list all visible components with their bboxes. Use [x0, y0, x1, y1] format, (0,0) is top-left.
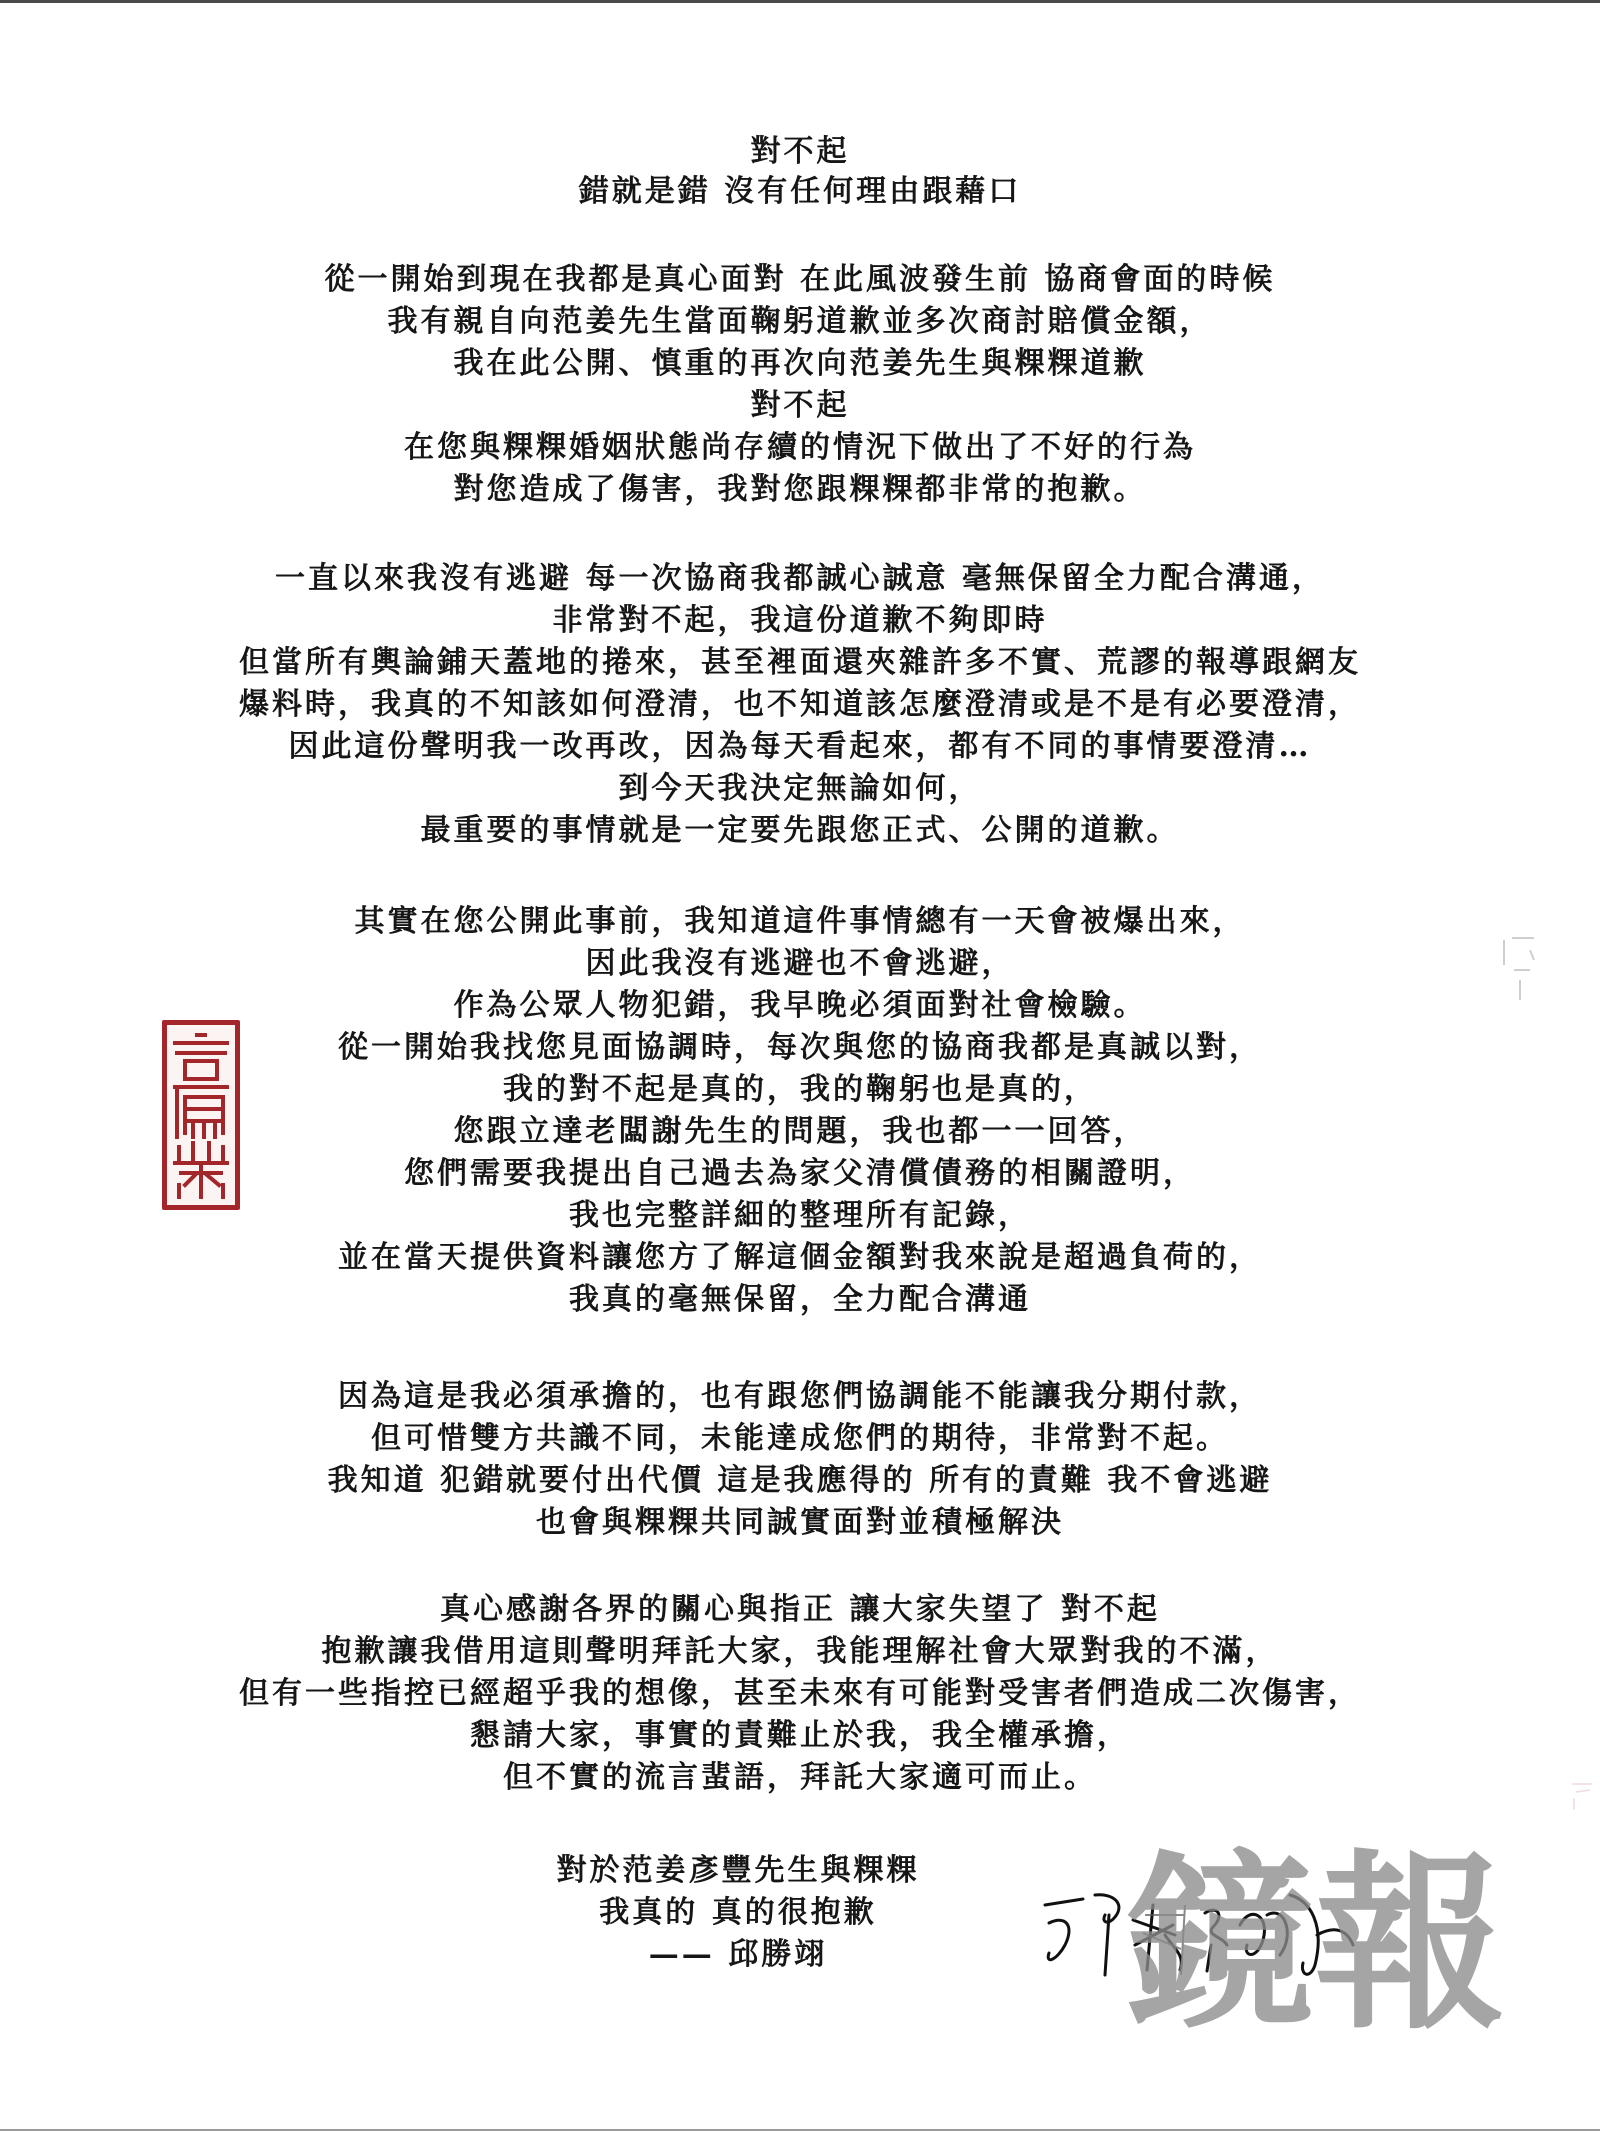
paragraph-1-line-2: 我有親自向范姜先生當面鞠躬道歉並多次商討賠償金額， — [0, 302, 1600, 342]
title-line-2: 錯就是錯 沒有任何理由跟藉口 — [0, 172, 1600, 212]
faint-pink-mark-icon — [1570, 1780, 1600, 1812]
paragraph-5-line-1: 真心感謝各界的關心與指正 讓大家失望了 對不起 — [0, 1590, 1600, 1630]
paragraph-1-line-3: 我在此公開、慎重的再次向范姜先生與粿粿道歉 — [0, 344, 1600, 384]
paragraph-4-line-3: 我知道 犯錯就要付出代價 這是我應得的 所有的責難 我不會逃避 — [0, 1461, 1600, 1501]
paragraph-4-line-1: 因為這是我必須承擔的，也有跟您們協調能不能讓我分期付款， — [0, 1377, 1600, 1417]
paragraph-5-line-3: 但有一些指控已經超乎我的想像，甚至未來有可能對受害者們造成二次傷害， — [0, 1674, 1600, 1714]
paragraph-1-line-4: 對不起 — [0, 386, 1600, 426]
watermark-logo: 鏡報 — [1125, 1835, 1505, 2055]
paragraph-3-line-8: 我也完整詳細的整理所有記錄， — [0, 1196, 1600, 1236]
red-seal-stamp — [162, 1020, 240, 1210]
paragraph-1-line-6: 對您造成了傷害，我對您跟粿粿都非常的抱歉。 — [0, 470, 1600, 510]
paragraph-2-line-6: 到今天我決定無論如何， — [0, 769, 1600, 809]
paragraph-2-line-1: 一直以來我沒有逃避 每一次協商我都誠心誠意 毫無保留全力配合溝通， — [0, 559, 1600, 599]
bleed-through-mark-icon — [1500, 930, 1540, 1010]
paragraph-5-line-2: 抱歉讓我借用這則聲明拜託大家，我能理解社會大眾對我的不滿， — [0, 1632, 1600, 1672]
paragraph-5-line-5: 但不實的流言蜚語，拜託大家適可而止。 — [0, 1758, 1600, 1798]
paragraph-3-line-6: 您跟立達老闆謝先生的問題，我也都一一回答， — [0, 1112, 1600, 1152]
paragraph-4-line-2: 但可惜雙方共識不同，未能達成您們的期待，非常對不起。 — [0, 1419, 1600, 1459]
paragraph-3-line-3: 作為公眾人物犯錯，我早晚必須面對社會檢驗。 — [0, 986, 1600, 1026]
paragraph-3-line-7: 您們需要我提出自己過去為家父清償債務的相關證明， — [0, 1154, 1600, 1194]
paragraph-3-line-5: 我的對不起是真的，我的鞠躬也是真的， — [0, 1070, 1600, 1110]
paragraph-2-line-3: 但當所有輿論鋪天蓋地的捲來，甚至裡面還夾雜許多不實、荒謬的報導跟網友 — [0, 643, 1600, 683]
paragraph-3-line-2: 因此我沒有逃避也不會逃避， — [0, 944, 1600, 984]
paragraph-3-line-9: 並在當天提供資料讓您方了解這個金額對我來說是超過負荷的， — [0, 1238, 1600, 1278]
paragraph-2-line-2: 非常對不起，我這份道歉不夠即時 — [0, 601, 1600, 641]
seal-glyph-icon — [167, 1025, 235, 1205]
paragraph-2-line-4: 爆料時，我真的不知該如何澄清，也不知道該怎麼澄清或是不是有必要澄清， — [0, 685, 1600, 725]
paragraph-3-line-4: 從一開始我找您見面協調時，每次與您的協商我都是真誠以對， — [0, 1028, 1600, 1068]
paragraph-3-line-10: 我真的毫無保留，全力配合溝通 — [0, 1280, 1600, 1320]
paragraph-5-line-4: 懇請大家，事實的責難止於我，我全權承擔， — [0, 1716, 1600, 1756]
paragraph-2-line-7: 最重要的事情就是一定要先跟您正式、公開的道歉。 — [0, 811, 1600, 851]
paragraph-3-line-1: 其實在您公開此事前，我知道這件事情總有一天會被爆出來， — [0, 902, 1600, 942]
title-line-1: 對不起 — [0, 132, 1600, 172]
top-border — [0, 0, 1600, 3]
paragraph-1-line-1: 從一開始到現在我都是真心面對 在此風波發生前 協商會面的時候 — [0, 260, 1600, 300]
paragraph-4-line-4: 也會與粿粿共同誠實面對並積極解決 — [0, 1503, 1600, 1543]
paragraph-1-line-5: 在您與粿粿婚姻狀態尚存續的情況下做出了不好的行為 — [0, 428, 1600, 468]
paragraph-2-line-5: 因此這份聲明我一改再改，因為每天看起來，都有不同的事情要澄清… — [0, 727, 1600, 767]
